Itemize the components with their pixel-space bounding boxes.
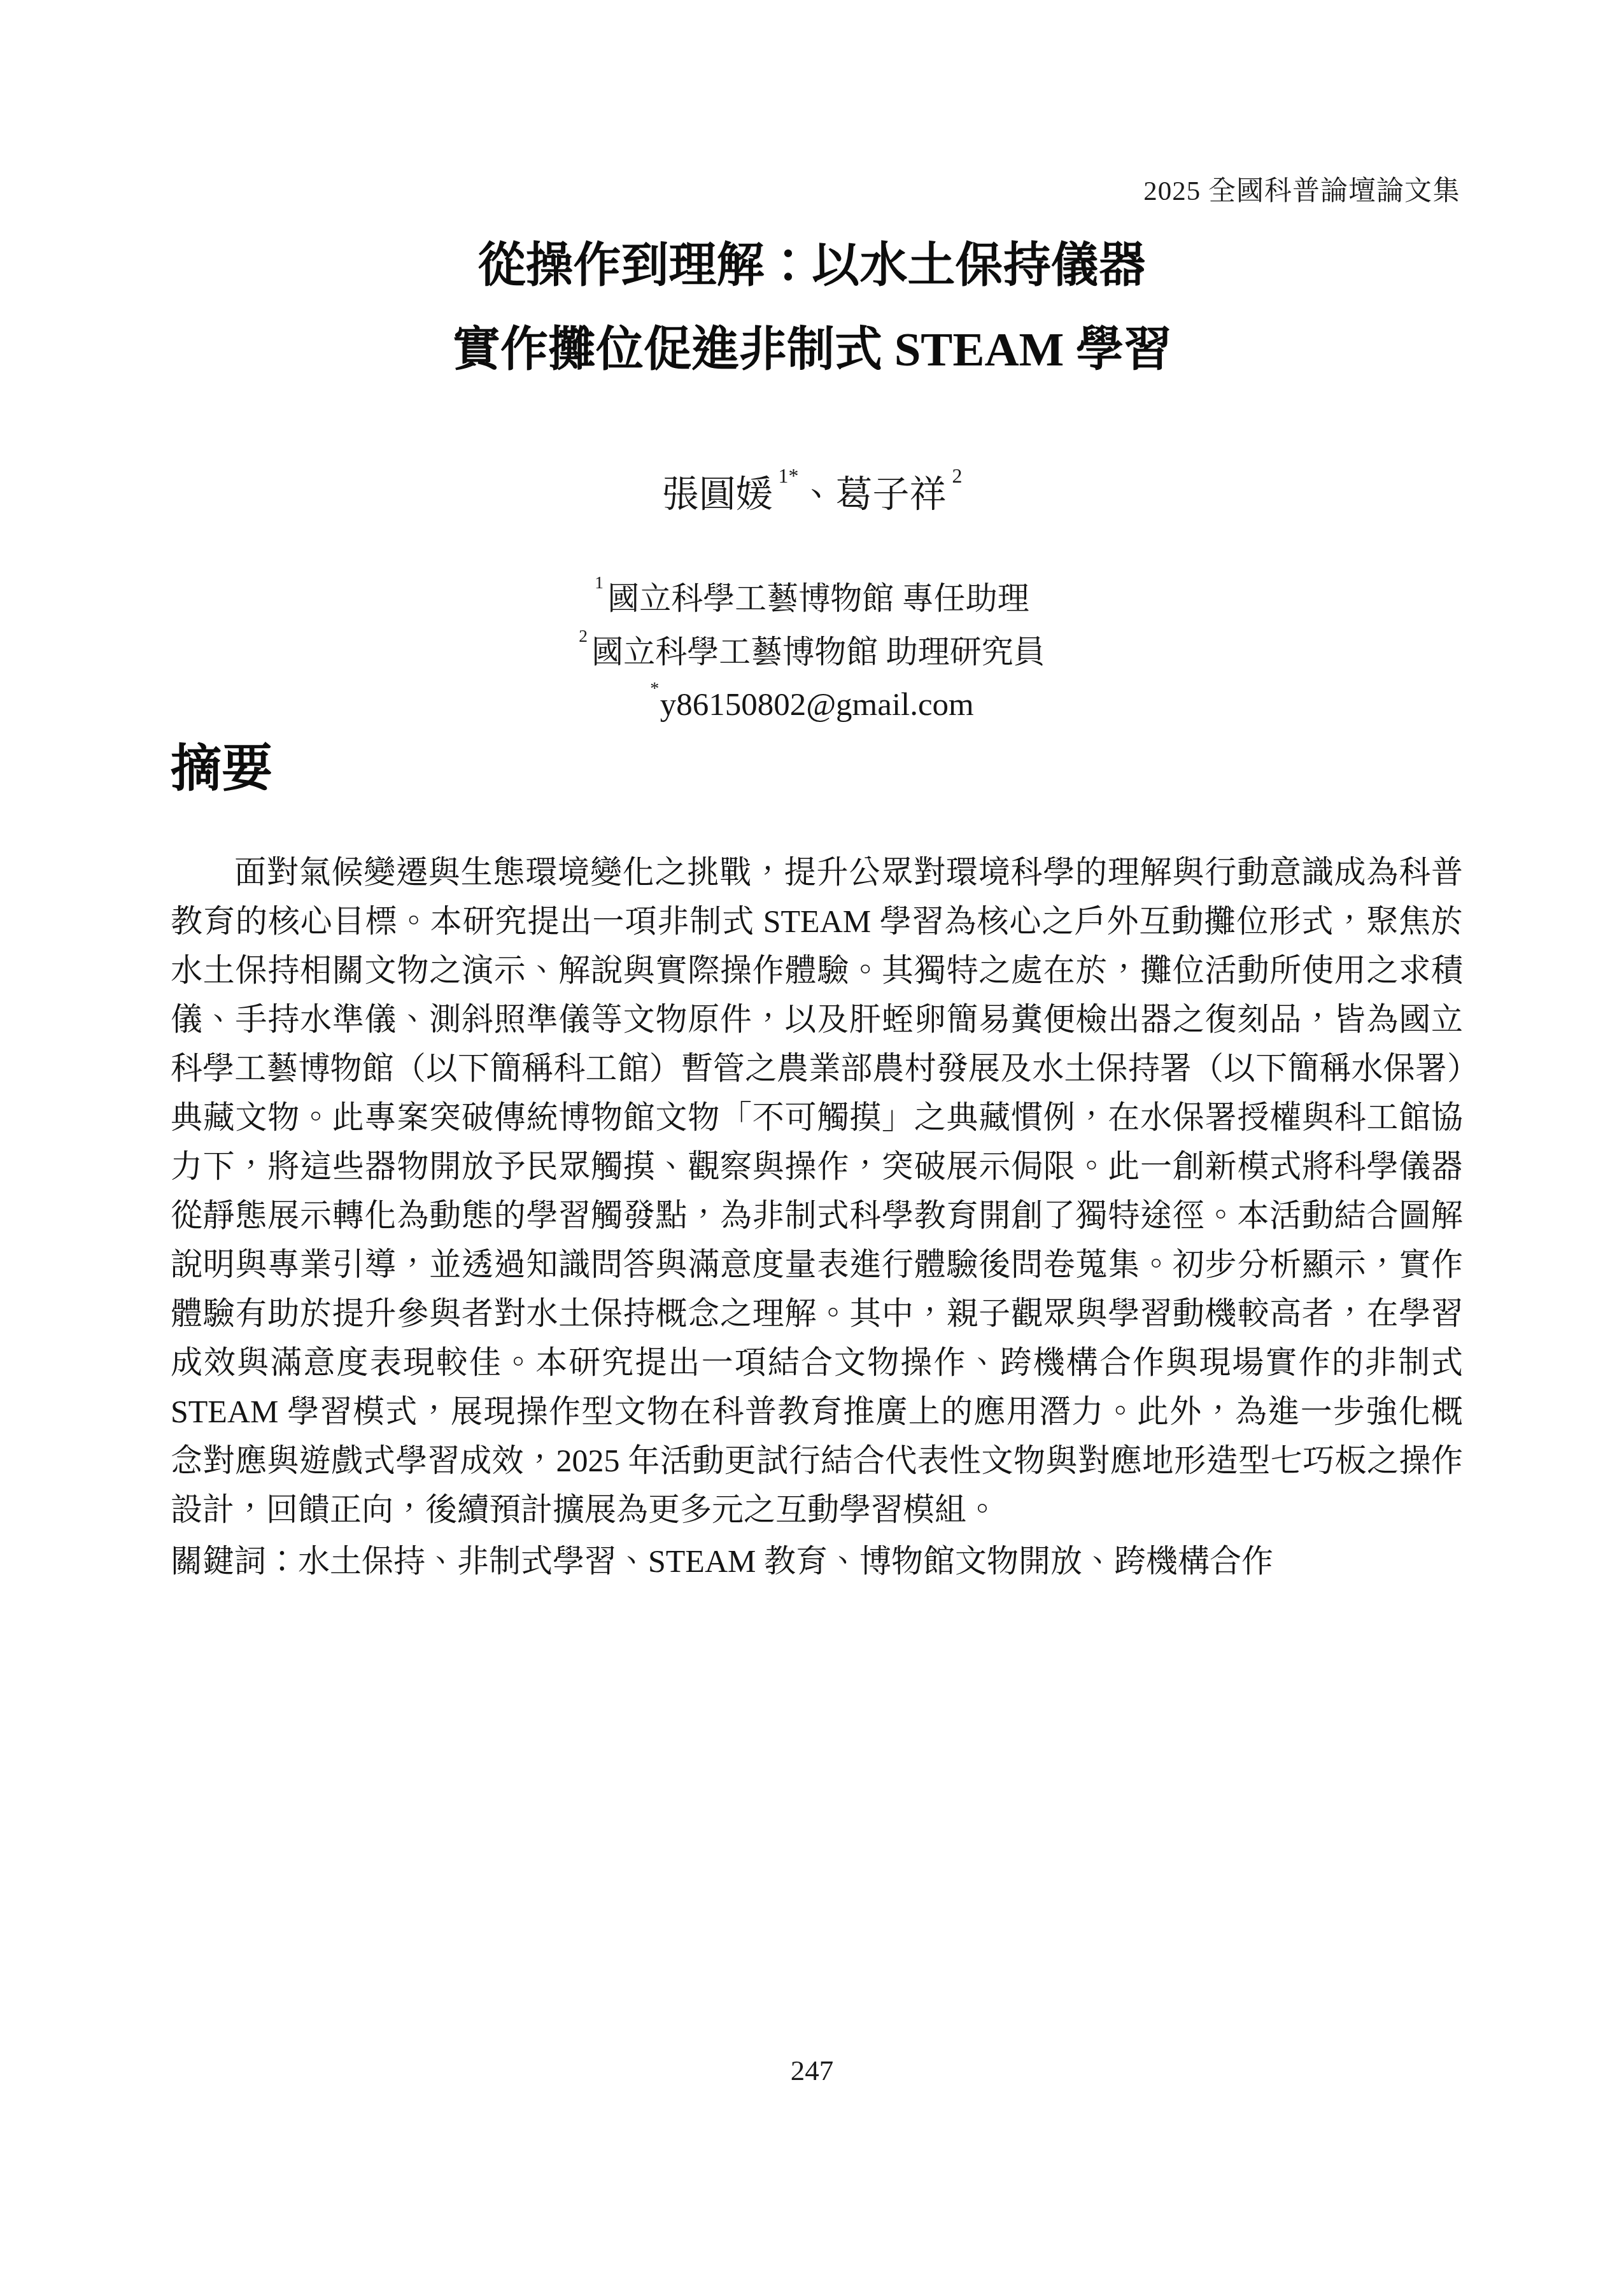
affiliation-1: 1國立科學工藝博物館 專任助理 bbox=[0, 569, 1624, 622]
author-1-superscript: 1* bbox=[779, 465, 799, 487]
email-superscript: * bbox=[650, 679, 659, 698]
author-1-name: 張圓媛 bbox=[662, 474, 773, 515]
proceedings-header: 2025 全國科普論壇論文集 bbox=[1143, 169, 1460, 208]
author-2-superscript: 2 bbox=[952, 465, 962, 487]
affiliation-2-superscript: 2 bbox=[579, 626, 588, 646]
affiliation-1-superscript: 1 bbox=[595, 572, 604, 592]
abstract-heading: 摘要 bbox=[171, 727, 272, 800]
email-line: *y86150802@gmail.com bbox=[0, 675, 1624, 728]
keywords-line: 關鍵詞：水土保持、非制式學習、STEAM 教育、博物館文物開放、跨機構合作 bbox=[171, 1537, 1463, 1586]
affiliation-2-text: 國立科學工藝博物館 助理研究員 bbox=[591, 633, 1045, 669]
authors-line: 張圓媛1*、葛子祥2 bbox=[0, 462, 1624, 520]
title-line-2: 實作攤位促進非制式 STEAM 學習 bbox=[0, 308, 1624, 392]
paper-page: 2025 全國科普論壇論文集 從操作到理解：以水土保持儀器 實作攤位促進非制式 … bbox=[0, 0, 1624, 2278]
affiliation-2: 2國立科學工藝博物館 助理研究員 bbox=[0, 622, 1624, 676]
title-line-1: 從操作到理解：以水土保持儀器 bbox=[0, 224, 1624, 308]
affiliation-1-text: 國立科學工藝博物館 專任助理 bbox=[607, 581, 1029, 616]
affiliations-block: 1國立科學工藝博物館 專任助理 2國立科學工藝博物館 助理研究員 *y86150… bbox=[0, 569, 1624, 728]
email-address: y86150802@gmail.com bbox=[660, 687, 974, 723]
author-2-name: 葛子祥 bbox=[835, 474, 946, 515]
paper-title: 從操作到理解：以水土保持儀器 實作攤位促進非制式 STEAM 學習 bbox=[0, 224, 1624, 392]
abstract-body: 面對氣候變遷與生態環境變化之挑戰，提升公眾對環境科學的理解與行動意識成為科普教育… bbox=[171, 848, 1463, 1534]
author-separator: 、 bbox=[798, 474, 835, 515]
page-number: 247 bbox=[0, 2054, 1624, 2087]
